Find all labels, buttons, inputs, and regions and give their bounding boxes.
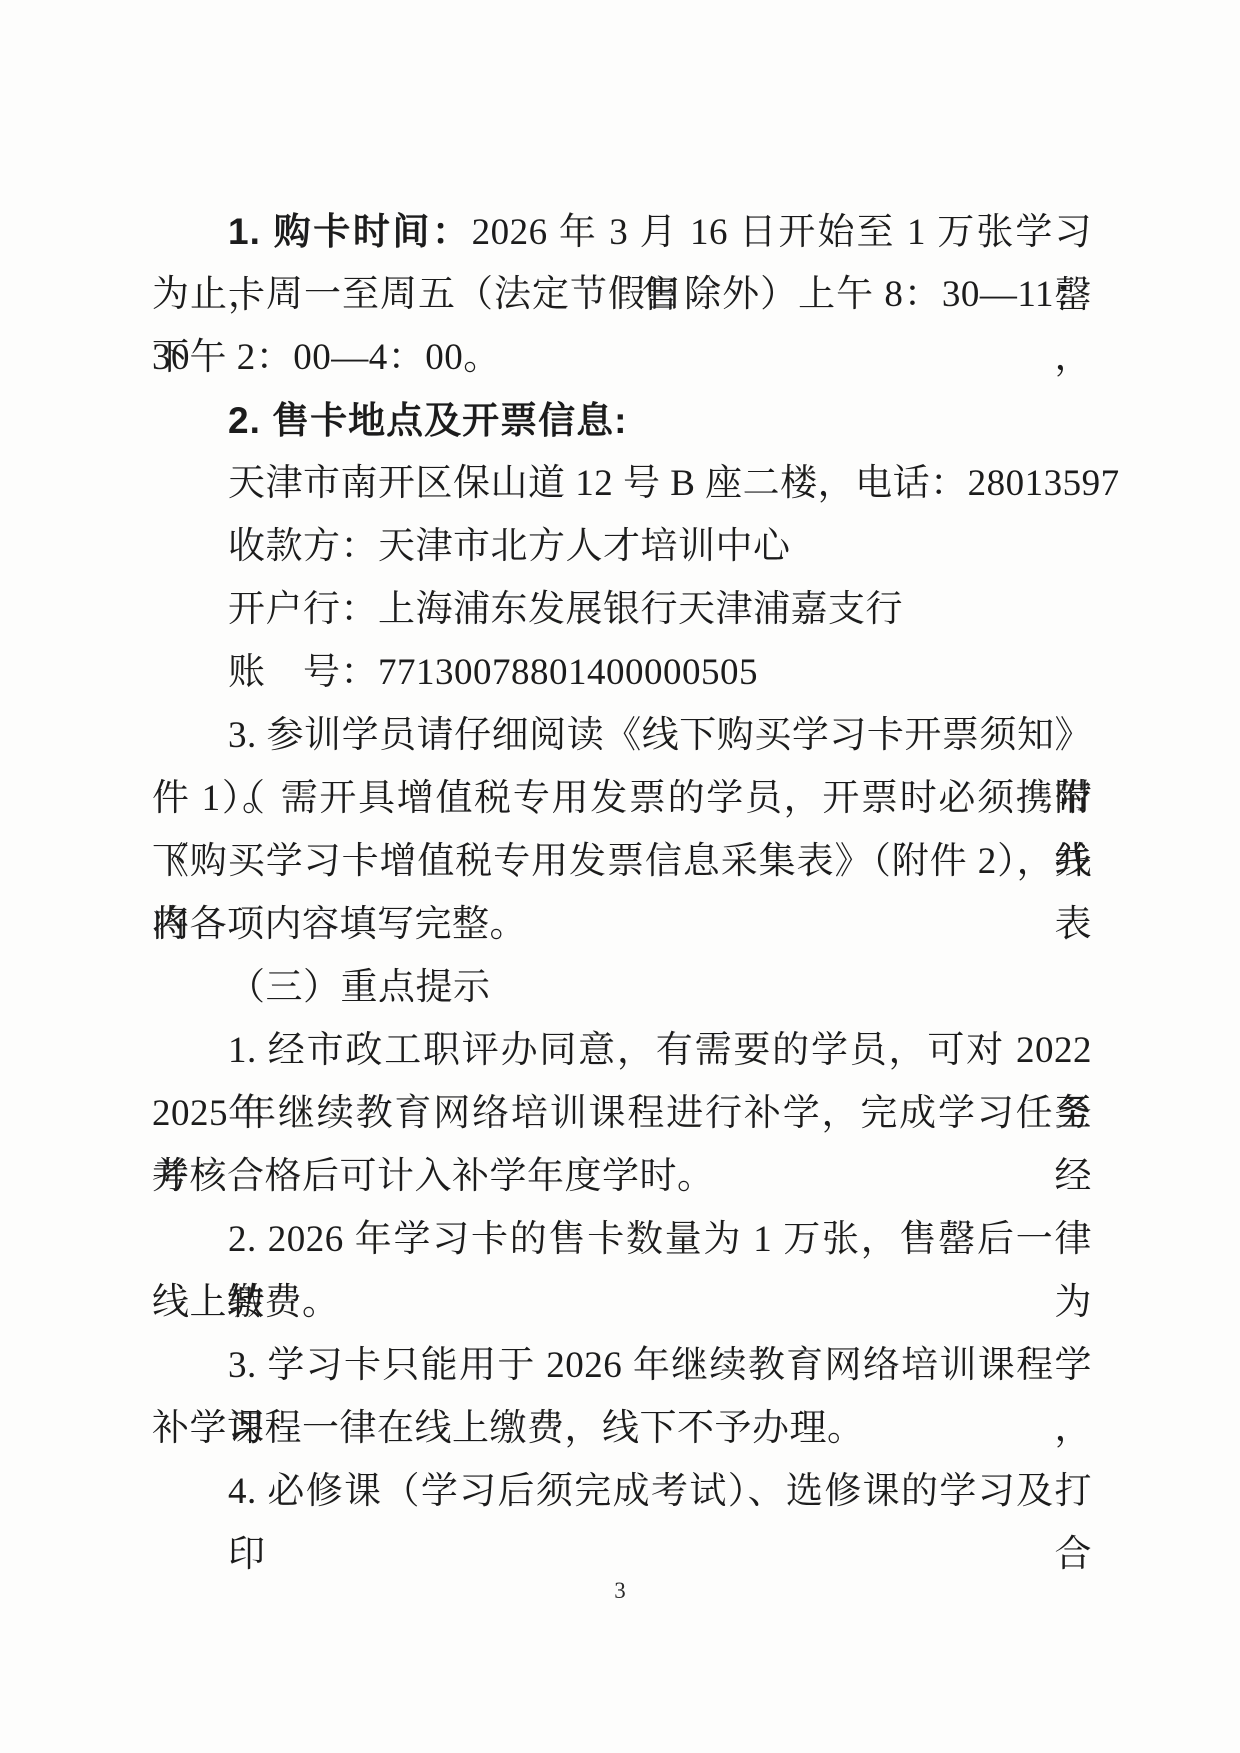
text-line: 开户行：上海浦东发展银行天津浦嘉支行 [152, 578, 1092, 641]
line-text-payee: 收款方：天津市北方人才培训中心 [228, 526, 791, 567]
text-line: 3. 参训学员请仔细阅读《线下购买学习卡开票须知》（附 [152, 704, 1092, 767]
text-line: 账 号：77130078801400000505 [152, 641, 1092, 704]
line-text: 补学课程一律在线上缴费，线下不予办理。 [152, 1408, 865, 1449]
section-heading-key-reminders: （三）重点提示 [152, 956, 1092, 1019]
section-heading-purchase-time: 1. 购卡时间： [228, 211, 472, 252]
line-text: 2. 2026 年学习卡的售卡数量为 1 万张，售罄后一律转为 [228, 1219, 1092, 1323]
text-line: 收款方：天津市北方人才培训中心 [152, 515, 1092, 578]
text-line: 2. 2026 年学习卡的售卡数量为 1 万张，售罄后一律转为 [152, 1208, 1092, 1271]
line-text-account-number: 账 号：77130078801400000505 [228, 652, 758, 693]
document-page: 1. 购卡时间：2026 年 3 月 16 日开始至 1 万张学习卡售罄 为止，… [0, 0, 1240, 1753]
line-text: 考核合格后可计入补学年度学时。 [152, 1156, 715, 1197]
document-body: 1. 购卡时间：2026 年 3 月 16 日开始至 1 万张学习卡售罄 为止，… [152, 200, 1092, 1523]
line-text: 下午 2：00—4：00。 [152, 337, 501, 378]
page-number: 3 [0, 1578, 1240, 1604]
line-text-bank: 开户行：上海浦东发展银行天津浦嘉支行 [228, 589, 903, 630]
line-text: （三）重点提示 [228, 967, 491, 1008]
line-text: 4. 必修课（学习后须完成考试）、选修课的学习及打印合 [228, 1471, 1092, 1575]
text-line: 2. 售卡地点及开票信息: [152, 389, 1092, 452]
line-text-address-phone: 天津市南开区保山道 12 号 B 座二楼，电话：28013597 [228, 463, 1120, 504]
section-heading-sale-location: 2. 售卡地点及开票信息: [228, 400, 627, 441]
line-text: 内各项内容填写完整。 [152, 904, 527, 945]
text-line: 天津市南开区保山道 12 号 B 座二楼，电话：28013597 [152, 452, 1092, 515]
text-line: 1. 购卡时间：2026 年 3 月 16 日开始至 1 万张学习卡售罄 [152, 200, 1092, 263]
text-line: 下购买学习卡增值税专用发票信息采集表》（附件 2），并将表 [152, 830, 1092, 893]
text-line: 2025 年继续教育网络培训课程进行补学，完成学习任务并经 [152, 1082, 1092, 1145]
text-line: 4. 必修课（学习后须完成考试）、选修课的学习及打印合 [152, 1460, 1092, 1523]
text-line: 件 1）。需开具增值税专用发票的学员，开票时必须携带《线 [152, 767, 1092, 830]
text-line: 1. 经市政工职评办同意，有需要的学员，可对 2022 年至 [152, 1019, 1092, 1082]
text-line: 为止，周一至周五（法定节假日除外）上午 8：30—11：30， [152, 263, 1092, 326]
line-text: 线上缴费。 [152, 1282, 340, 1323]
text-line: 3. 学习卡只能用于 2026 年继续教育网络培训课程学习， [152, 1334, 1092, 1397]
